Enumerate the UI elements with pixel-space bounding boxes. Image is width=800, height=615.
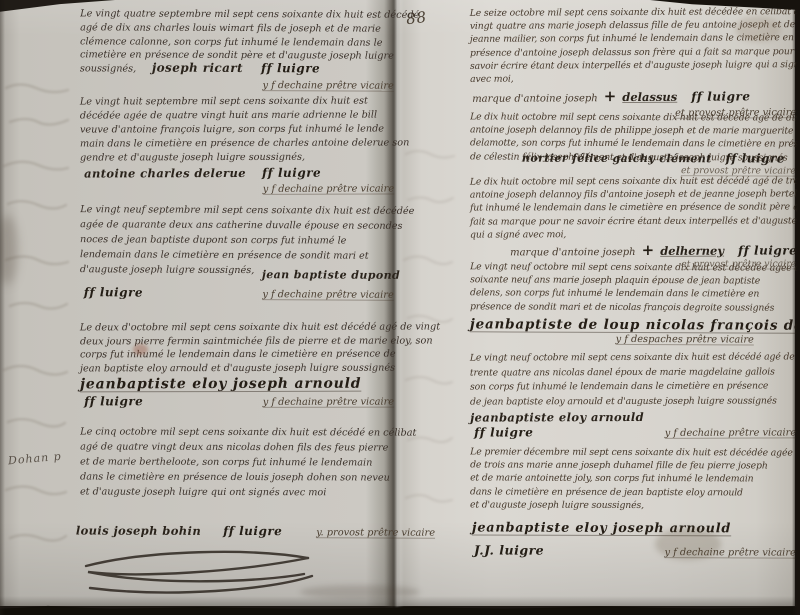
entry-line: jean baptiste eloy arnould et d'auguste … bbox=[80, 361, 394, 375]
smudge-stain bbox=[655, 528, 721, 560]
witness-signature-large: jeanbaptiste de loup nicolas françois de… bbox=[470, 316, 796, 333]
signature-row: ff luigre y f dechaine prêtre vicaire bbox=[80, 394, 394, 409]
entry-line: Le deux d'octobre mil sept cens soixante… bbox=[80, 321, 394, 335]
luigre-paraph-signature: ff luigre bbox=[223, 524, 282, 538]
entry-line: Le cinq octobre mil sept cens soixante d… bbox=[80, 424, 394, 440]
ink-stain bbox=[133, 344, 148, 355]
burial-entry: Le vingt neuf octobre mil sept cens soix… bbox=[470, 350, 796, 440]
entry-line: clémence calonne, son corps fut inhumé l… bbox=[80, 35, 394, 50]
entry-line: dans le cimetière en présence de louis j… bbox=[80, 469, 394, 485]
cross-mark-icon: + bbox=[598, 87, 623, 105]
entry-line: avec moi, bbox=[470, 71, 796, 86]
entry-line: son corps fut inhumé le lendemain dans l… bbox=[470, 380, 796, 396]
burial-entry: Le dix huit octobre mil sept cens soixan… bbox=[470, 174, 796, 270]
burial-entry: Le dix huit octobre mil sept cens soixan… bbox=[470, 110, 796, 176]
entry-line: et d'auguste joseph luigre soussignés, bbox=[470, 498, 796, 512]
witness-signature: jeanbaptiste eloy arnould bbox=[470, 410, 796, 425]
mark-label: marque d'antoine joseph bbox=[510, 247, 636, 258]
witness-signature: jean baptiste dupond bbox=[262, 268, 400, 282]
cross-mark-icon: + bbox=[636, 241, 661, 259]
vicar-signature: y f despaches prêtre vicaire bbox=[470, 333, 796, 345]
mark-signature-row: marque d'antoine joseph + delassus ff lu… bbox=[470, 86, 796, 106]
signature-row: J.J. luigre y f dechaine prêtre vicaire bbox=[470, 542, 796, 558]
entry-line: de trois ans marie anne joseph duhamel f… bbox=[470, 459, 796, 473]
signature-row: antoine charles delerue ff luigre bbox=[80, 165, 394, 180]
entry-line: fut inhumé le lendemain dans le cimetièr… bbox=[470, 201, 796, 215]
vicar-signature: y f dechaine prêtre vicaire bbox=[263, 397, 394, 408]
burial-entry: Le vingt neuf octobre mil sept cens soix… bbox=[470, 260, 796, 345]
manuscript-scan: 88 Le vingt quatre septembre mil sept ce… bbox=[0, 0, 800, 615]
vicar-signature: y f dechaine prêtre vicaire bbox=[665, 428, 796, 439]
witness-signature: louis joseph bohin bbox=[76, 523, 201, 537]
entry-line: Le dix huit octobre mil sept cens soixan… bbox=[470, 110, 796, 124]
entry-line: de jean baptiste eloy arnould et d'augus… bbox=[470, 394, 796, 410]
vicar-signature: y. provost prêtre vicaire bbox=[316, 527, 435, 538]
foxing-stain bbox=[735, 16, 781, 42]
entry-line: décédée agée de quatre vingt huit ans ma… bbox=[80, 108, 394, 123]
burial-entry: Le vingt quatre septembre mil sept cens … bbox=[80, 7, 394, 91]
entry-line: gendre et d'auguste joseph luigre soussi… bbox=[80, 150, 394, 165]
burial-entry: Le vingt huit septembre mil sept cens so… bbox=[80, 94, 394, 195]
luigre-paraph-signature: ff luigre bbox=[738, 243, 797, 257]
entry-line: deux jours pierre fermin saintmichée fil… bbox=[80, 334, 394, 348]
entry-line: agée de quarante deux ans catherine duva… bbox=[80, 217, 394, 234]
entry-line: lendemain dans le cimetière en présence … bbox=[80, 247, 394, 264]
burial-entry: Le deux d'octobre mil sept cens soixante… bbox=[80, 321, 394, 409]
witness-signature: antoine charles delerue bbox=[84, 166, 246, 181]
witness-signature-large: jeanbaptiste eloy joseph arnould bbox=[80, 376, 394, 393]
entry-line: Le vingt quatre septembre mil sept cens … bbox=[80, 7, 394, 22]
scan-edge-right bbox=[792, 0, 800, 615]
luigre-paraph-signature: ff luigre bbox=[474, 426, 533, 440]
luigre-paraph-signature: ff luigre bbox=[726, 151, 785, 165]
witness-signature-large: jeanbaptiste eloy joseph arnould bbox=[470, 520, 796, 536]
entry-line: delens, son corps fut inhumé le lendemai… bbox=[470, 287, 796, 302]
entry-line: et de marie bertheloote, son corps fut i… bbox=[80, 454, 394, 470]
witness-signature: joseph ricart bbox=[152, 61, 243, 75]
mark-label: marque d'antoine joseph bbox=[472, 93, 598, 105]
entry-line: antoine joseph delannoy fils d'antoine j… bbox=[470, 188, 796, 202]
signature-row: ff luigre y f dechaine prêtre vicaire bbox=[470, 425, 796, 440]
luigre-paraph-signature: ff luigre bbox=[84, 394, 143, 408]
entry-line: fait sa marque pour ne savoir écrire éta… bbox=[470, 214, 796, 228]
vicar-signature: y f dechaine prêtre vicaire bbox=[262, 289, 393, 301]
entry-line: Le vingt neuf septembre mil sept cens so… bbox=[80, 202, 394, 219]
signature-row: louis joseph bohin ff luigre y. provost … bbox=[80, 523, 394, 538]
burial-entry: Le premier décembre mil sept cens soixan… bbox=[470, 445, 796, 558]
luigre-paraph-signature: ff luigre bbox=[84, 285, 143, 299]
entry-line: Le vingt huit septembre mil sept cens so… bbox=[80, 94, 394, 109]
witness-signature: nortier félice gaichy clément bbox=[522, 151, 712, 165]
vicar-signature: y f dechaine prêtre vicaire bbox=[80, 79, 394, 91]
entry-line: et de marie antoinette joly, son corps f… bbox=[470, 472, 796, 486]
entry-line: Le premier décembre mil sept cens soixan… bbox=[470, 445, 796, 459]
luigre-paraph-signature: ff luigre bbox=[262, 166, 321, 180]
entry-line: Le dix huit octobre mil sept cens soixan… bbox=[470, 174, 796, 188]
entry-line: main dans le cimetière en présence de ch… bbox=[80, 136, 394, 151]
entry-line: Le vingt neuf octobre mil sept cens soix… bbox=[470, 350, 796, 366]
entry-line: noces de jean baptiste dupont son corps … bbox=[80, 232, 394, 249]
entry-line: agé de quatre vingt deux ans nicolas doh… bbox=[80, 439, 394, 455]
entry-line: présence de sondit mari et de nicolas fr… bbox=[470, 300, 796, 315]
scan-edge-left bbox=[0, 0, 5, 615]
entry-line: veuve d'antoine françois luigre, son cor… bbox=[80, 122, 394, 137]
witness-signature: delassus bbox=[622, 90, 677, 104]
vicar-signature: y f dechaine prêtre vicaire bbox=[80, 183, 394, 195]
entry-line: dans le cimetière en présence de jean ba… bbox=[470, 485, 796, 499]
entry-line: savoir écrire étant deux interpellés et … bbox=[470, 58, 796, 73]
entry-line: et d'auguste joseph luigre qui ont signé… bbox=[80, 484, 394, 500]
signature-row: ff luigre y f dechaine prêtre vicaire bbox=[80, 285, 394, 301]
entry-line: trente quatre ans nicolas danel époux de… bbox=[470, 365, 796, 381]
luigre-paraph-signature: J.J. luigre bbox=[474, 542, 544, 557]
luigre-paraph-signature: ff luigre bbox=[261, 61, 320, 75]
burial-entry: Le cinq octobre mil sept cens soixante d… bbox=[80, 424, 394, 538]
burial-entry: Le vingt neuf septembre mil sept cens so… bbox=[80, 202, 395, 301]
entry-line: delamotte, son corps fut inhumé le lende… bbox=[470, 137, 796, 151]
entry-line: qui a signé avec moi, bbox=[470, 227, 796, 241]
mark-signature-row: marque d'antoine joseph + delherney ff l… bbox=[470, 240, 796, 259]
entry-line: antoine joseph delannoy fils de philippe… bbox=[470, 124, 796, 138]
entry-line: agé de dix ans charles louis wimart fils… bbox=[80, 21, 394, 36]
witness-signature: delherney bbox=[660, 244, 724, 258]
entry-line: corps fut inhumé le lendemain dans le ci… bbox=[80, 348, 394, 362]
luigre-paraph-signature: ff luigre bbox=[691, 90, 750, 104]
bottom-shadow bbox=[0, 596, 800, 608]
